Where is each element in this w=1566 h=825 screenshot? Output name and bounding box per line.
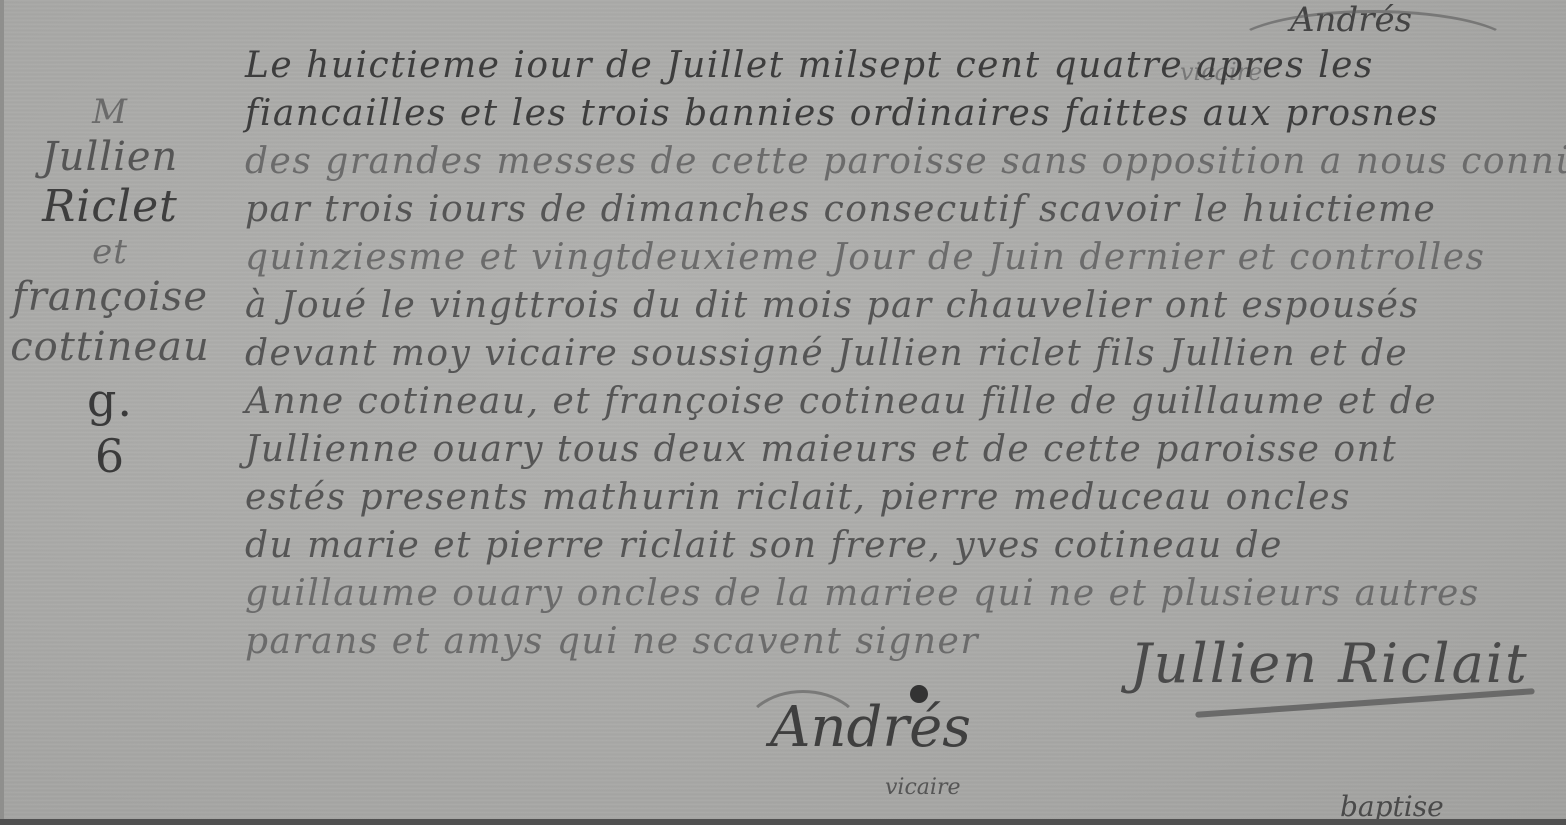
record-line: Anne cotineau, et françoise cotineau fil… — [245, 378, 1545, 426]
record-line: Jullienne ouary tous deux maieurs et de … — [245, 426, 1545, 474]
record-body: Le huictieme iour de Juillet milsept cen… — [245, 42, 1545, 666]
margin-note-line: et — [0, 232, 220, 272]
margin-note-mark: 6 — [0, 428, 220, 484]
record-line: quinziesme et vingtdeuxieme Jour de Juin… — [245, 234, 1545, 282]
record-line: à Joué le vingttrois du dit mois par cha… — [245, 282, 1545, 330]
margin-note-line: Riclet — [0, 182, 220, 232]
record-line: des grandes messes de cette paroisse san… — [245, 138, 1545, 186]
margin-note: M Jullien Riclet et françoise cottineau … — [0, 92, 220, 484]
margin-note-line: françoise — [0, 272, 220, 322]
record-line: fiancailles et les trois bannies ordinai… — [245, 90, 1545, 138]
priest-signature-title: vicaire — [885, 775, 960, 800]
groom-signature: Jullien Riclait — [1130, 632, 1529, 695]
margin-note-line: cottineau — [0, 322, 220, 372]
margin-note-mark: g. — [0, 372, 220, 428]
priest-signature: Andrés — [770, 695, 971, 760]
record-line: du marie et pierre riclait son frere, yv… — [245, 522, 1545, 570]
page-bottom-edge — [0, 819, 1566, 825]
record-line: estés presents mathurin riclait, pierre … — [245, 474, 1545, 522]
scanned-register-page: Andrés vicaire M Jullien Riclet et franç… — [0, 0, 1566, 825]
margin-note-line: M — [0, 92, 220, 132]
margin-note-line: Jullien — [0, 132, 220, 182]
ink-flourish — [1230, 10, 1516, 86]
record-line: par trois iours de dimanches consecutif … — [245, 186, 1545, 234]
record-line: guillaume ouary oncles de la mariee qui … — [245, 570, 1545, 618]
record-line: devant moy vicaire soussigné Jullien ric… — [245, 330, 1545, 378]
